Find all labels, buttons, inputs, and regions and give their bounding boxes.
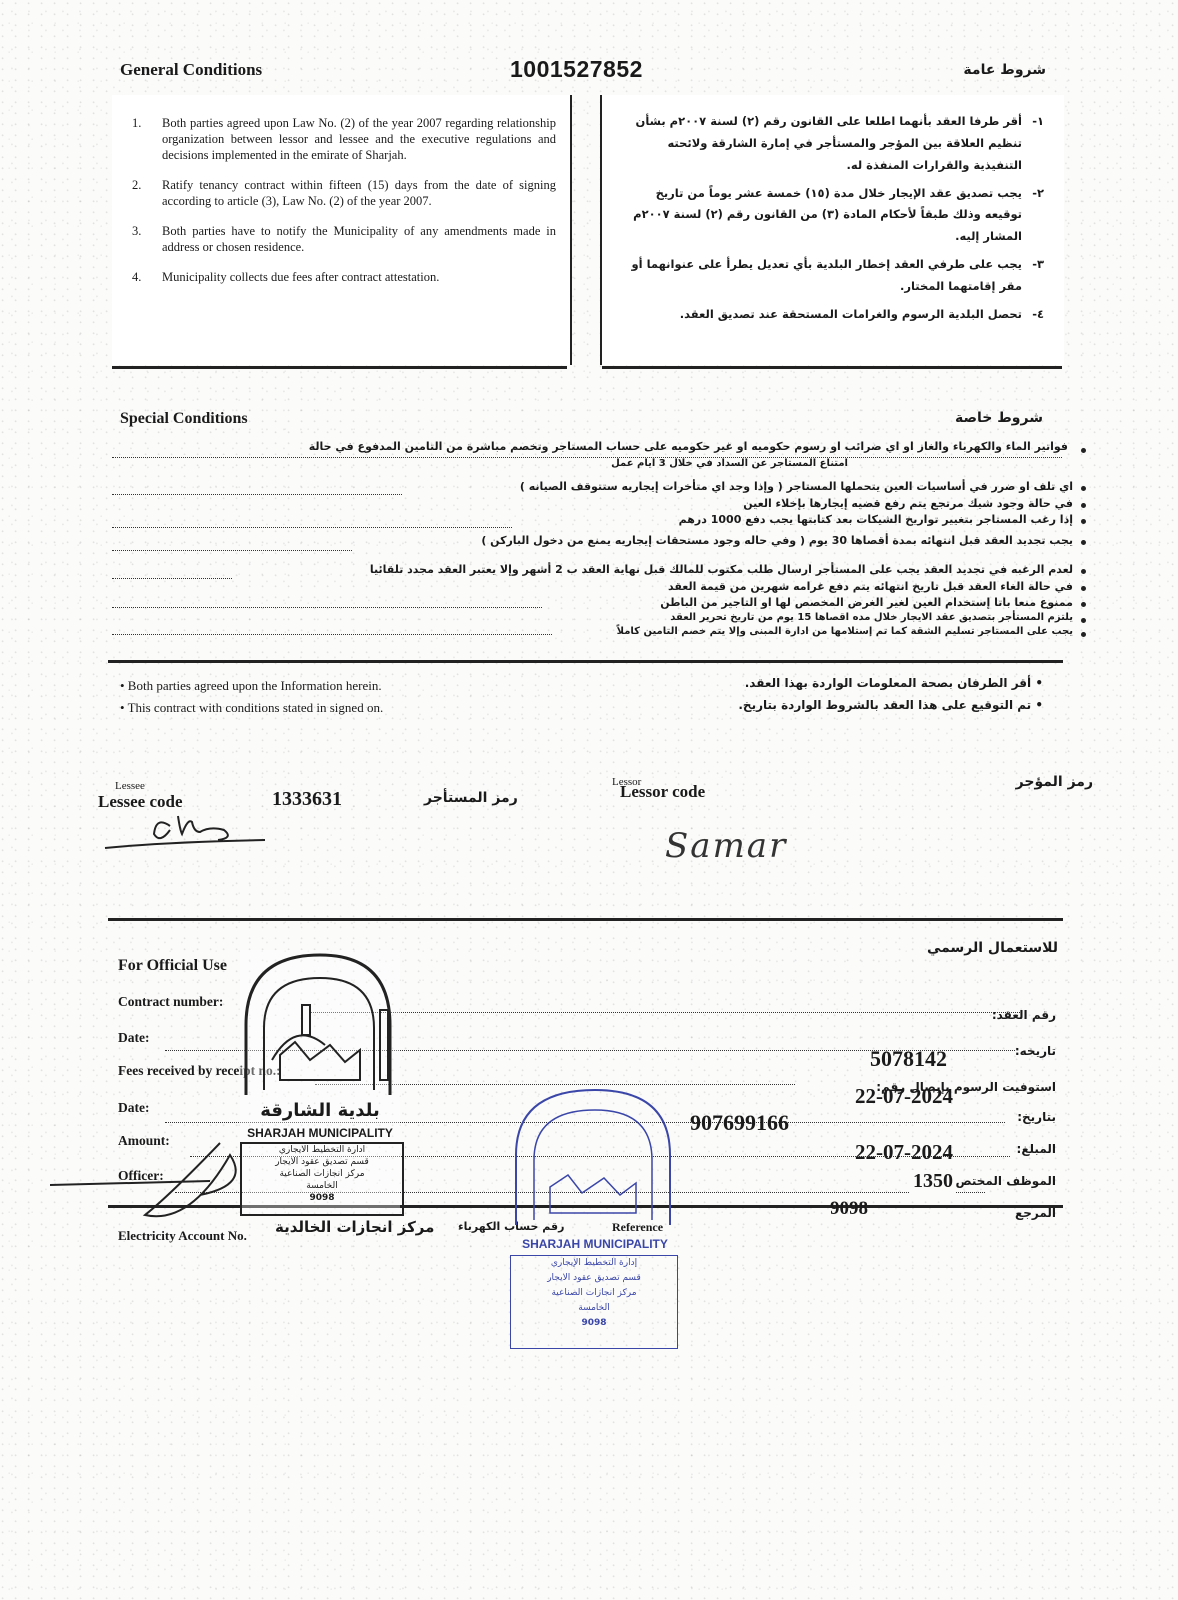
stamp-arabic-name: بلدية الشارقة xyxy=(240,1100,400,1121)
bullet-icon xyxy=(1081,569,1086,574)
receipt-number-value: 5078142 xyxy=(870,1046,947,1072)
general-conditions-ar-box: ١-أقر طرفا العقد بأنهما اطلعا على القانو… xyxy=(600,95,1064,365)
general-conditions-title-en: General Conditions xyxy=(120,60,262,80)
sharjah-municipality-blue-stamp: SHARJAH MUNICIPALITY إدارة التخطيط الإيج… xyxy=(510,1085,680,1365)
lessee-code-label-ar: رمز المستأجر xyxy=(424,790,518,806)
agreement-ar-1: • أقر الطرفان بصحة المعلومات الواردة بهذ… xyxy=(745,676,1043,690)
agreement-en-1: • Both parties agreed upon the Informati… xyxy=(120,678,382,694)
condition-item-ar: ٣-يجب على طرفي العقد إخطار البلدية بأي ت… xyxy=(616,254,1044,298)
bullet-icon xyxy=(1081,448,1086,453)
special-condition-line: في حالة وجود شيك مرتجع يتم رفع قضيه إيجا… xyxy=(743,497,1073,510)
bullet-icon xyxy=(1081,586,1086,591)
officer-label-ar: الموظف المختص: xyxy=(951,1174,1056,1188)
bullet-icon xyxy=(1081,519,1086,524)
condition-item-ar: ١-أقر طرفا العقد بأنهما اطلعا على القانو… xyxy=(616,111,1044,177)
lessor-code-label-ar: رمز المؤجر xyxy=(1016,774,1093,790)
receipt-date-label-ar: بتاريخ: xyxy=(1017,1110,1056,1124)
dotted-rule xyxy=(310,1012,1020,1013)
lessor-code-label: Lessor code xyxy=(620,782,705,802)
blue-stamp-english-name: SHARJAH MUNICIPALITY xyxy=(510,1237,680,1251)
reference-value: 9098 xyxy=(830,1198,868,1220)
special-condition-line: فواتير الماء والكهرباء والغاز او اي ضرائ… xyxy=(309,440,1068,453)
bullet-icon xyxy=(1081,486,1086,491)
electricity-account-label: Electricity Account No. xyxy=(118,1228,247,1244)
dotted-rule xyxy=(112,494,402,495)
blue-stamp-department-box: إدارة التخطيط الإيجاري قسم تصديق عقود ال… xyxy=(510,1255,678,1349)
bullet-icon xyxy=(1081,618,1086,623)
dotted-rule xyxy=(112,578,232,579)
divider xyxy=(602,366,1062,369)
bullet-icon xyxy=(1081,540,1086,545)
municipality-logo-icon xyxy=(240,950,405,1100)
date-label-ar: تاريخه: xyxy=(1015,1044,1056,1058)
special-condition-line: امتناع المستاجر عن السداد في خلال 3 ايام… xyxy=(611,458,848,469)
special-conditions-title-en: Special Conditions xyxy=(120,410,248,428)
fee-amount-value: 1350 xyxy=(910,1170,956,1193)
special-condition-line: في حالة الغاء العقد قبل تاريخ انتهائه يت… xyxy=(668,580,1073,593)
contract-number-label: Contract number: xyxy=(118,994,223,1010)
amount-label-ar: المبلغ: xyxy=(1017,1142,1056,1156)
contract-number-label-ar: رقم العقد: xyxy=(992,1008,1056,1022)
reference-label-ar: المرجع xyxy=(1015,1206,1056,1220)
divider xyxy=(108,660,1063,663)
divider xyxy=(108,918,1063,921)
special-condition-line: إذا رغب المستاجر بتغيير تواريخ الشيكات ب… xyxy=(679,513,1073,526)
special-condition-line: ممنوع منعا باتا إستخدام العين لغير الغرض… xyxy=(660,596,1073,609)
condition-item-ar: ٢-يجب تصديق عقد الإيجار خلال مدة (١٥) خم… xyxy=(616,183,1044,249)
general-conditions-title-ar: شروط عامة xyxy=(963,62,1046,78)
special-condition-line: يجب تجديد العقد قبل انتهائه بمدة أقصاها … xyxy=(481,534,1073,547)
agreement-en-2: • This contract with conditions stated i… xyxy=(120,700,383,716)
lessee-code-value: 1333631 xyxy=(272,788,342,811)
condition-item: 3.Both parties have to notify the Munici… xyxy=(132,223,556,255)
contract-number: 1001527852 xyxy=(510,56,643,83)
officer-signature-icon xyxy=(50,1135,270,1225)
municipality-logo-blue-icon xyxy=(510,1085,685,1230)
amount-reference-value: 907699166 xyxy=(690,1110,789,1136)
general-conditions-en-list: 1.Both parties agreed upon Law No. (2) o… xyxy=(112,95,570,285)
bullet-icon xyxy=(1081,602,1086,607)
divider xyxy=(112,366,567,369)
center-name-ar: مركز انجازات الخالدية xyxy=(275,1218,434,1236)
general-conditions-en-box: 1.Both parties agreed upon Law No. (2) o… xyxy=(112,95,572,365)
condition-item-ar: ٤-تحصل البلدية الرسوم والغرامات المستحقة… xyxy=(616,304,1044,326)
lessee-small-label: Lessee xyxy=(115,780,145,792)
special-conditions-title-ar: شروط خاصة xyxy=(955,410,1043,426)
lessor-signature: Samar xyxy=(665,826,787,866)
dotted-rule xyxy=(112,457,1062,458)
dotted-rule xyxy=(112,527,512,528)
receipt-date-label: Date: xyxy=(118,1100,149,1116)
bullet-icon xyxy=(1081,503,1086,508)
dotted-rule xyxy=(112,550,352,551)
officer-date-value: 22-07-2024 xyxy=(855,1140,953,1165)
condition-item: 2.Ratify tenancy contract within fifteen… xyxy=(132,177,556,209)
agreement-ar-2: • تم التوقيع على هذا العقد بالشروط الوار… xyxy=(738,698,1043,712)
special-condition-line: اي تلف او ضرر في أساسيات العين يتحملها ا… xyxy=(520,480,1073,493)
special-condition-line: يجب على المستاجر تسليم الشقة كما تم إستل… xyxy=(617,626,1073,637)
condition-item: 4.Municipality collects due fees after c… xyxy=(132,269,556,285)
condition-item: 1.Both parties agreed upon Law No. (2) o… xyxy=(132,115,556,163)
dotted-rule xyxy=(112,607,542,608)
receipt-date-value: 22-07-2024 xyxy=(855,1084,953,1109)
dotted-rule xyxy=(112,634,552,635)
date-label: Date: xyxy=(118,1030,149,1046)
special-condition-line: لعدم الرغبه في تجديد العقد يجب على المست… xyxy=(370,563,1073,576)
bullet-icon xyxy=(1081,632,1086,637)
official-use-title-en: For Official Use xyxy=(118,957,227,975)
special-condition-line: يلتزم المستأجر بتصديق عقد الايجار خلال م… xyxy=(670,612,1073,623)
official-use-title-ar: للاستعمال الرسمي xyxy=(927,940,1058,956)
lessee-signature-icon xyxy=(100,808,280,858)
general-conditions-ar-list: ١-أقر طرفا العقد بأنهما اطلعا على القانو… xyxy=(602,95,1064,326)
